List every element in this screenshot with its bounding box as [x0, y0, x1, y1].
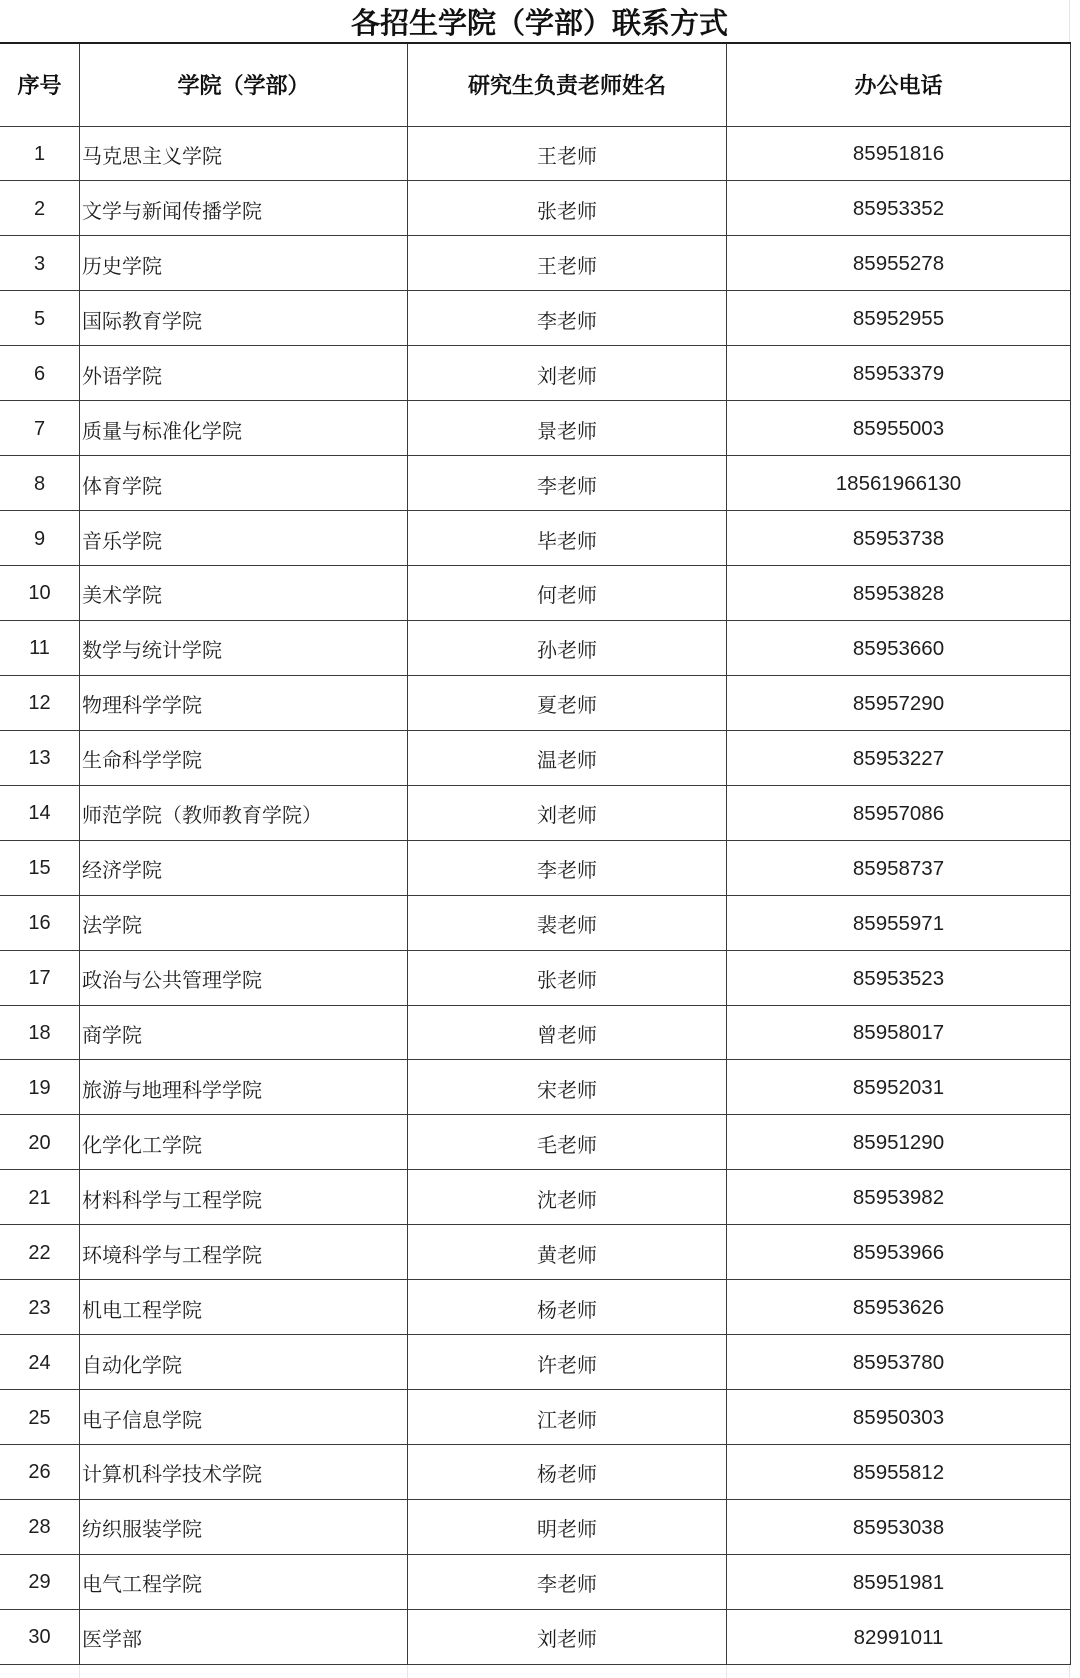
- row-index: 1: [0, 126, 80, 181]
- row-phone: 85955278: [727, 236, 1071, 291]
- row-index: 20: [0, 1115, 80, 1170]
- row-index: 26: [0, 1445, 80, 1500]
- contacts-table: 序号 学院（学部） 研究生负责老师姓名 办公电话 1马克思主义学院王老师8595…: [0, 42, 1071, 1665]
- row-college: 师范学院（教师教育学院）: [80, 785, 408, 840]
- row-college: 政治与公共管理学院: [80, 950, 408, 1005]
- row-phone: 85951981: [727, 1554, 1071, 1609]
- row-teacher: 张老师: [408, 950, 727, 1005]
- row-index: 30: [0, 1609, 80, 1664]
- table-row: 26计算机科学技术学院杨老师85955812: [0, 1445, 1071, 1500]
- row-phone: 85953379: [727, 346, 1071, 401]
- sheet-gridline: [1069, 1663, 1070, 1678]
- row-teacher: 刘老师: [408, 346, 727, 401]
- row-index: 23: [0, 1280, 80, 1335]
- row-index: 16: [0, 895, 80, 950]
- row-teacher: 毕老师: [408, 511, 727, 566]
- row-teacher: 何老师: [408, 566, 727, 621]
- row-college: 电子信息学院: [80, 1390, 408, 1445]
- table-row: 12物理科学学院夏老师85957290: [0, 675, 1071, 730]
- table-row: 15经济学院李老师85958737: [0, 840, 1071, 895]
- row-teacher: 李老师: [408, 456, 727, 511]
- row-phone: 85955812: [727, 1445, 1071, 1500]
- row-phone: 85953966: [727, 1225, 1071, 1280]
- row-index: 6: [0, 346, 80, 401]
- table-row: 17政治与公共管理学院张老师85953523: [0, 950, 1071, 1005]
- table-row: 24自动化学院许老师85953780: [0, 1335, 1071, 1390]
- row-teacher: 张老师: [408, 181, 727, 236]
- row-index: 19: [0, 1060, 80, 1115]
- row-college: 外语学院: [80, 346, 408, 401]
- row-college: 质量与标准化学院: [80, 401, 408, 456]
- row-index: 13: [0, 730, 80, 785]
- table-row: 18商学院曾老师85958017: [0, 1005, 1071, 1060]
- table-row: 7质量与标准化学院景老师85955003: [0, 401, 1071, 456]
- table-row: 13生命科学学院温老师85953227: [0, 730, 1071, 785]
- row-phone: 85953660: [727, 620, 1071, 675]
- row-college: 材料科学与工程学院: [80, 1170, 408, 1225]
- row-teacher: 裴老师: [408, 895, 727, 950]
- table-row: 23机电工程学院杨老师85953626: [0, 1280, 1071, 1335]
- row-teacher: 刘老师: [408, 1609, 727, 1664]
- row-index: 14: [0, 785, 80, 840]
- row-teacher: 景老师: [408, 401, 727, 456]
- table-row: 28纺织服装学院明老师85953038: [0, 1499, 1071, 1554]
- row-college: 数学与统计学院: [80, 620, 408, 675]
- table-row: 25电子信息学院江老师85950303: [0, 1390, 1071, 1445]
- row-college: 计算机科学技术学院: [80, 1445, 408, 1500]
- table-row: 16法学院裴老师85955971: [0, 895, 1071, 950]
- row-phone: 85955003: [727, 401, 1071, 456]
- row-phone: 85952031: [727, 1060, 1071, 1115]
- row-teacher: 刘老师: [408, 785, 727, 840]
- table-row: 20化学化工学院毛老师85951290: [0, 1115, 1071, 1170]
- row-teacher: 沈老师: [408, 1170, 727, 1225]
- sheet-gridline: [407, 1663, 408, 1678]
- row-index: 25: [0, 1390, 80, 1445]
- row-teacher: 曾老师: [408, 1005, 727, 1060]
- row-index: 9: [0, 511, 80, 566]
- row-teacher: 李老师: [408, 840, 727, 895]
- row-teacher: 李老师: [408, 291, 727, 346]
- sheet-gridline: [1069, 0, 1070, 43]
- row-teacher: 江老师: [408, 1390, 727, 1445]
- row-phone: 85950303: [727, 1390, 1071, 1445]
- table-row: 11数学与统计学院孙老师85953660: [0, 620, 1071, 675]
- row-college: 经济学院: [80, 840, 408, 895]
- table-row: 1马克思主义学院王老师85951816: [0, 126, 1071, 181]
- row-index: 11: [0, 620, 80, 675]
- header-college: 学院（学部）: [80, 43, 408, 126]
- row-phone: 85953738: [727, 511, 1071, 566]
- row-index: 17: [0, 950, 80, 1005]
- row-phone: 18561966130: [727, 456, 1071, 511]
- row-teacher: 王老师: [408, 236, 727, 291]
- row-index: 12: [0, 675, 80, 730]
- row-index: 29: [0, 1554, 80, 1609]
- row-index: 10: [0, 566, 80, 621]
- row-index: 8: [0, 456, 80, 511]
- row-phone: 85953982: [727, 1170, 1071, 1225]
- sheet-gridline: [726, 1663, 727, 1678]
- row-phone: 85951816: [727, 126, 1071, 181]
- table-row: 14师范学院（教师教育学院）刘老师85957086: [0, 785, 1071, 840]
- row-teacher: 宋老师: [408, 1060, 727, 1115]
- row-college: 生命科学学院: [80, 730, 408, 785]
- row-college: 美术学院: [80, 566, 408, 621]
- row-phone: 82991011: [727, 1609, 1071, 1664]
- header-phone: 办公电话: [727, 43, 1071, 126]
- row-index: 3: [0, 236, 80, 291]
- row-teacher: 黄老师: [408, 1225, 727, 1280]
- row-phone: 85957086: [727, 785, 1071, 840]
- table-body: 1马克思主义学院王老师859518162文学与新闻传播学院张老师85953352…: [0, 126, 1071, 1664]
- row-college: 物理科学学院: [80, 675, 408, 730]
- table-header-row: 序号 学院（学部） 研究生负责老师姓名 办公电话: [0, 43, 1071, 126]
- row-college: 体育学院: [80, 456, 408, 511]
- table-row: 6外语学院刘老师85953379: [0, 346, 1071, 401]
- row-college: 纺织服装学院: [80, 1499, 408, 1554]
- row-phone: 85953626: [727, 1280, 1071, 1335]
- row-college: 国际教育学院: [80, 291, 408, 346]
- row-phone: 85952955: [727, 291, 1071, 346]
- table-row: 10美术学院何老师85953828: [0, 566, 1071, 621]
- row-phone: 85951290: [727, 1115, 1071, 1170]
- row-phone: 85953352: [727, 181, 1071, 236]
- row-teacher: 杨老师: [408, 1445, 727, 1500]
- table-row: 9音乐学院毕老师85953738: [0, 511, 1071, 566]
- row-college: 旅游与地理科学学院: [80, 1060, 408, 1115]
- table-row: 2文学与新闻传播学院张老师85953352: [0, 181, 1071, 236]
- row-college: 化学化工学院: [80, 1115, 408, 1170]
- header-teacher: 研究生负责老师姓名: [408, 43, 727, 126]
- table-row: 8体育学院李老师18561966130: [0, 456, 1071, 511]
- row-index: 15: [0, 840, 80, 895]
- row-index: 7: [0, 401, 80, 456]
- table-row: 19旅游与地理科学学院宋老师85952031: [0, 1060, 1071, 1115]
- table-row: 3历史学院王老师85955278: [0, 236, 1071, 291]
- table-row: 21材料科学与工程学院沈老师85953982: [0, 1170, 1071, 1225]
- row-teacher: 杨老师: [408, 1280, 727, 1335]
- row-index: 2: [0, 181, 80, 236]
- row-phone: 85953523: [727, 950, 1071, 1005]
- row-index: 18: [0, 1005, 80, 1060]
- row-teacher: 毛老师: [408, 1115, 727, 1170]
- row-college: 自动化学院: [80, 1335, 408, 1390]
- header-index: 序号: [0, 43, 80, 126]
- row-phone: 85958737: [727, 840, 1071, 895]
- row-college: 商学院: [80, 1005, 408, 1060]
- row-phone: 85953038: [727, 1499, 1071, 1554]
- row-teacher: 明老师: [408, 1499, 727, 1554]
- row-index: 28: [0, 1499, 80, 1554]
- table-row: 22环境科学与工程学院黄老师85953966: [0, 1225, 1071, 1280]
- table-row: 29电气工程学院李老师85951981: [0, 1554, 1071, 1609]
- table-row: 5国际教育学院李老师85952955: [0, 291, 1071, 346]
- row-phone: 85953780: [727, 1335, 1071, 1390]
- row-phone: 85958017: [727, 1005, 1071, 1060]
- row-phone: 85955971: [727, 895, 1071, 950]
- row-teacher: 夏老师: [408, 675, 727, 730]
- row-index: 24: [0, 1335, 80, 1390]
- row-teacher: 王老师: [408, 126, 727, 181]
- row-college: 音乐学院: [80, 511, 408, 566]
- row-college: 电气工程学院: [80, 1554, 408, 1609]
- row-college: 历史学院: [80, 236, 408, 291]
- row-phone: 85953227: [727, 730, 1071, 785]
- row-teacher: 温老师: [408, 730, 727, 785]
- row-teacher: 许老师: [408, 1335, 727, 1390]
- row-teacher: 孙老师: [408, 620, 727, 675]
- row-teacher: 李老师: [408, 1554, 727, 1609]
- row-college: 马克思主义学院: [80, 126, 408, 181]
- row-college: 机电工程学院: [80, 1280, 408, 1335]
- table-row: 30医学部刘老师82991011: [0, 1609, 1071, 1664]
- row-college: 环境科学与工程学院: [80, 1225, 408, 1280]
- row-college: 文学与新闻传播学院: [80, 181, 408, 236]
- row-index: 22: [0, 1225, 80, 1280]
- row-index: 5: [0, 291, 80, 346]
- row-phone: 85957290: [727, 675, 1071, 730]
- row-phone: 85953828: [727, 566, 1071, 621]
- sheet-gridline: [79, 1663, 80, 1678]
- row-index: 21: [0, 1170, 80, 1225]
- row-college: 医学部: [80, 1609, 408, 1664]
- document-title: 各招生学院（学部）联系方式: [0, 0, 1069, 43]
- row-college: 法学院: [80, 895, 408, 950]
